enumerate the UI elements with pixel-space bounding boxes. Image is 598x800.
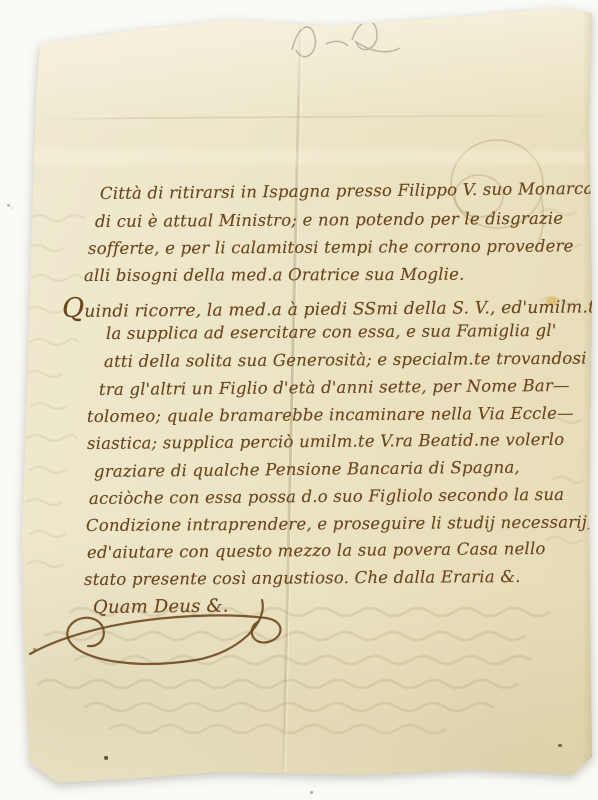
ink-speck: [468, 10, 472, 13]
background-speck: [7, 204, 10, 207]
letter-paper: Città di ritirarsi in Ispagna presso Fil…: [0, 0, 598, 800]
background-speck: [310, 791, 313, 794]
ink-stain: [218, 8, 242, 18]
closing-flourish: [0, 0, 598, 800]
paper-wrapper: Città di ritirarsi in Ispagna presso Fil…: [0, 0, 598, 800]
photo-background: Città di ritirarsi in Ispagna presso Fil…: [0, 0, 598, 800]
